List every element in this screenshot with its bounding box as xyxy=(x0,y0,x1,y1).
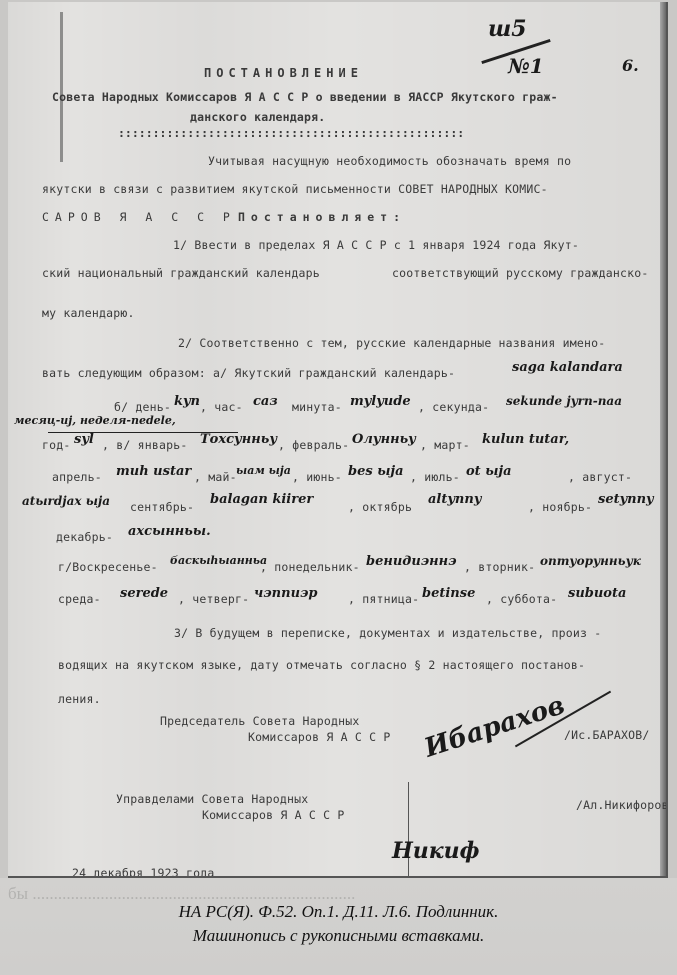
handwritten-month-week: месяц-uj, неделя-nedele, xyxy=(14,414,176,427)
handwritten-friday: betinse xyxy=(422,586,475,601)
handwritten-day: kyn xyxy=(174,394,200,409)
handwritten-march: kulun tutar, xyxy=(482,432,569,447)
typed-april: апрель- xyxy=(52,470,102,484)
typed-november: , ноябрь- xyxy=(528,500,592,514)
handwritten-minute: mylyude xyxy=(350,394,411,409)
handwritten-monday: bенидиэннэ xyxy=(366,554,457,569)
typed-friday: , пятница- xyxy=(348,592,419,606)
handwritten-january: Тохсунньу xyxy=(200,432,277,447)
page-number-mark: 6. xyxy=(622,56,639,75)
typed-year: год- xyxy=(42,438,71,452)
preamble-line-3a: САРОВ Я А С С Р xyxy=(42,210,236,224)
handwritten-saturday: subuota xyxy=(568,586,626,601)
typed-february: , февраль- xyxy=(278,438,349,452)
manager-title-2: Комиссаров Я А С С Р xyxy=(202,808,344,822)
archival-document: ш5 №1 6. ПОСТАНОВЛЕНИЕ Совета Народных К… xyxy=(8,2,668,878)
handwritten-october: altynny xyxy=(428,492,481,507)
typed-day: б/ день- xyxy=(114,400,171,414)
paragraph-1-line-2a: ский национальный гражданский календарь xyxy=(42,266,320,280)
paragraph-1-line-3: му календарю. xyxy=(42,306,135,320)
typed-monday: , понедельник- xyxy=(260,560,360,574)
typed-december: декабрь- xyxy=(56,530,113,544)
paragraph-1-line-1: 1/ Ввести в пределах Я А С С Р с 1 январ… xyxy=(173,238,579,252)
handwritten-hour: caз xyxy=(253,394,278,409)
document-subtitle-1: Совета Народных Комиссаров Я А С С Р о в… xyxy=(52,90,558,104)
handwritten-mark-number: №1 xyxy=(508,54,544,78)
paragraph-2-line-2: вать следующим образом: а/ Якутский граж… xyxy=(42,366,455,380)
handwritten-september: balagan kiirer xyxy=(210,492,313,507)
document-subtitle-2: данского календаря. xyxy=(190,110,325,124)
page-fold-shadow xyxy=(60,12,63,162)
typed-september: сентябрь- xyxy=(130,500,194,514)
chair-title-2: Комиссаров Я А С С Р xyxy=(248,730,390,744)
typed-saturday: , суббота- xyxy=(486,592,557,606)
chair-title-1: Председатель Совета Народных xyxy=(160,714,359,728)
separator-line: ::::::::::::::::::::::::::::::::::::::::… xyxy=(118,126,464,140)
handwritten-mark-top: ш5 xyxy=(488,16,527,42)
typed-june: , июнь- xyxy=(292,470,342,484)
handwritten-thursday: чэппиэр xyxy=(254,586,318,601)
handwritten-calendar-name: saga kalandara xyxy=(512,360,623,375)
handwritten-second: sekunde jyrn-naa xyxy=(506,394,622,408)
typed-may: , май- xyxy=(194,470,237,484)
typed-october: , октябрь xyxy=(348,500,412,514)
typed-hour: , час- xyxy=(200,400,243,414)
handwritten-november: setynny xyxy=(598,492,654,507)
typed-thursday: , четверг- xyxy=(178,592,249,606)
manager-title-1: Управделами Совета Народных xyxy=(116,792,308,806)
typed-second: , секунда- xyxy=(418,400,489,414)
page-edge xyxy=(660,2,666,876)
handwritten-august: atыrdjax ыja xyxy=(22,494,110,508)
caption-archive-reference: НА РС(Я). Ф.52. Оп.1. Д.11. Л.6. Подлинн… xyxy=(0,902,677,922)
handwritten-april: muh ustar xyxy=(116,464,191,479)
typed-january: , в/ январь- xyxy=(102,438,187,452)
chair-name: /Ис.БАРАХОВ/ xyxy=(564,728,649,742)
handwritten-wednesday: serede xyxy=(120,586,168,601)
typed-wednesday: среда- xyxy=(58,592,101,606)
handwritten-year: syl xyxy=(74,432,94,447)
handwritten-february: Олунньу xyxy=(352,432,416,447)
typed-march: , март- xyxy=(420,438,470,452)
paragraph-1-line-2b: соответствующий русскому гражданско- xyxy=(392,266,648,280)
handwritten-may: ыам ыja xyxy=(236,464,291,477)
typed-sunday: г/Воскресенье- xyxy=(58,560,158,574)
handwritten-july: ot ыja xyxy=(466,464,512,479)
handwritten-sunday: баскыһыанньа xyxy=(170,554,267,567)
document-date: 24 декабря 1923 года xyxy=(72,866,214,878)
handwritten-december: ахсынньы. xyxy=(128,524,211,539)
typed-minute: минута- xyxy=(292,400,342,414)
paragraph-3-line-3: ления. xyxy=(58,692,101,706)
paragraph-2-line-1: 2/ Соответственно с тем, русские календа… xyxy=(178,336,605,350)
document-title: ПОСТАНОВЛЕНИЕ xyxy=(204,66,363,80)
handwritten-june: bes ыja xyxy=(348,464,404,479)
paragraph-3-line-1: 3/ В будущем в переписке, документах и и… xyxy=(174,626,601,640)
typed-july: , июль- xyxy=(410,470,460,484)
handwritten-tuesday: оптуорунньук xyxy=(540,554,641,568)
preamble-line-1: Учитывая насущную необходимость обознача… xyxy=(208,154,571,168)
caption-description: Машинопись с рукописными вставками. xyxy=(0,926,677,946)
preamble-resolves: Постановляет: xyxy=(238,210,406,224)
preamble-line-2: якутски в связи с развитием якутской пис… xyxy=(42,182,548,196)
typed-tuesday: , вторник- xyxy=(464,560,535,574)
manager-signature: Никиф xyxy=(392,838,480,864)
background-text-ghost: бы .....................................… xyxy=(8,884,355,904)
manager-name: /Ал.Никифорова/ xyxy=(576,798,668,812)
paragraph-3-line-2: водящих на якутском языке, дату отмечать… xyxy=(58,658,585,672)
typed-august: , август- xyxy=(568,470,632,484)
